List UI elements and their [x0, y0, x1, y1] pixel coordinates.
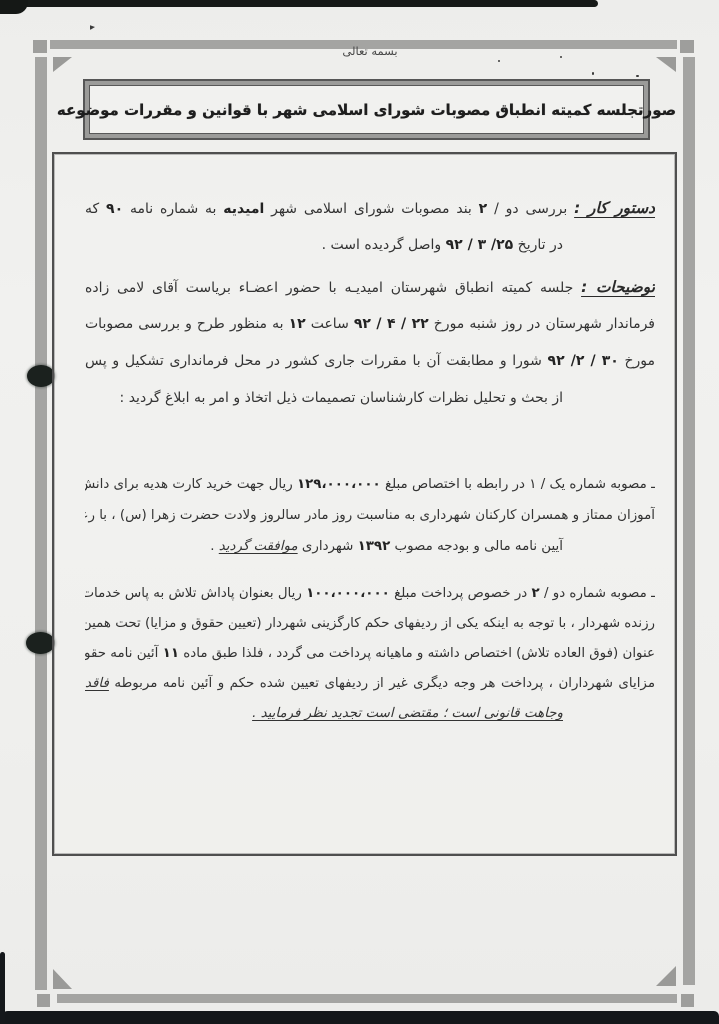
text-segment: آموزان ممتاز و همسران کارکنان شهرداری به…	[85, 508, 655, 523]
text-segment: فاقد	[85, 676, 109, 691]
text-segment: ۱۱	[163, 646, 179, 661]
ink-speck	[90, 24, 95, 30]
text-line: مورخ ۳۰ / ۲/ ۹۲ شورا و مطابقت آن با مقرر…	[85, 343, 655, 380]
text-segment: ۱۲	[289, 316, 306, 332]
text-segment: واصل گردیده است .	[322, 237, 446, 253]
scan-edge-top	[0, 0, 598, 7]
text-line: رزنده شهردار ، با توجه به اینکه یکی از ر…	[85, 609, 655, 639]
frame-corner-triangle-bottom-right	[656, 966, 676, 986]
resolution-1-paragraph: ـ مصوبه شماره یک / ۱ در رابطه با اختصاص …	[85, 469, 655, 562]
scan-edge-bottom-left	[0, 952, 5, 1024]
text-segment: رزنده شهردار ، با توجه به اینکه یکی از ر…	[85, 616, 655, 631]
text-segment: ساعت	[306, 316, 354, 332]
text-segment: ـ مصوبه شماره یک / ۱ در رابطه با اختصاص …	[381, 477, 655, 492]
text-line: ـ مصوبه شماره دو / ۲ در خصوص پرداخت مبلغ…	[85, 579, 655, 609]
title-box-inner: صورتجلسه کمیته انطباق مصوبات شورای اسلام…	[89, 85, 644, 134]
scan-edge-bottom	[0, 1011, 719, 1024]
text-segment: مورخ	[619, 353, 655, 369]
text-segment: فرماندار شهرستان در روز شنبه مورخ	[429, 316, 655, 332]
text-segment: عنوان (فوق العاده تلاش) اختصاص داشته و م…	[179, 646, 655, 661]
ink-speck	[560, 56, 562, 58]
frame-corner-square-top-right	[680, 40, 694, 53]
text-segment: وجاهت قانونی است ؛ مقتضی است تجدید نظر ف…	[252, 706, 563, 721]
text-segment: ـ مصوبه شماره دو /	[540, 586, 655, 601]
text-line: فرماندار شهرستان در روز شنبه مورخ ۲۲ / ۴…	[85, 306, 655, 343]
text-segment: ۳۰ / ۲/ ۹۲	[548, 353, 619, 369]
text-segment: بررسی دو /	[487, 201, 574, 217]
agenda-paragraph: دستور کار : بررسی دو / ۲ بند مصوبات شورا…	[85, 190, 655, 264]
text-line: مزایای شهرداران ، پرداخت هر وجه دیگری غی…	[85, 669, 655, 699]
text-segment: بند مصوبات شورای اسلامی شهر	[264, 201, 478, 217]
punch-hole-top	[27, 365, 55, 387]
text-segment: شهرداری	[298, 539, 358, 554]
text-segment: که	[85, 201, 106, 217]
text-segment: آئین نامه حقوق و	[85, 646, 163, 661]
text-line: آیین نامه مالی و بودجه مصوب ۱۳۹۲ شهرداری…	[85, 531, 655, 562]
text-segment: ۱۰۰،۰۰۰،۰۰۰	[306, 586, 390, 601]
resolution-2-paragraph: ـ مصوبه شماره دو / ۲ در خصوص پرداخت مبلغ…	[85, 579, 655, 729]
text-line: عنوان (فوق العاده تلاش) اختصاص داشته و م…	[85, 639, 655, 669]
frame-corner-square-bottom-left	[37, 994, 50, 1007]
bismillah-text: بسمه تعالی	[280, 44, 460, 58]
text-line: ـ مصوبه شماره یک / ۱ در رابطه با اختصاص …	[85, 469, 655, 500]
frame-corner-triangle-bottom-left	[53, 969, 72, 989]
document-title: صورتجلسه کمیته انطباق مصوبات شورای اسلام…	[57, 101, 676, 119]
text-segment: دستور کار :	[574, 199, 655, 217]
text-segment: موافقت گردید	[219, 539, 298, 554]
text-segment: شورا و مطابقت آن با مقررات جاری کشور در …	[85, 353, 548, 369]
text-segment: ۹۰	[106, 201, 123, 217]
ink-speck	[636, 75, 639, 77]
text-segment: ریال جهت خرید کارت هدیه برای دانش	[85, 477, 297, 492]
frame-corner-triangle-top-right	[656, 57, 676, 72]
scan-edge-top-left-corner	[0, 0, 28, 14]
text-line: دستور کار : بررسی دو / ۲ بند مصوبات شورا…	[85, 190, 655, 227]
title-box: صورتجلسه کمیته انطباق مصوبات شورای اسلام…	[83, 79, 650, 140]
text-line: در تاریخ ۲۵/ ۳ / ۹۲ واصل گردیده است .	[85, 227, 655, 264]
details-paragraph: توضیحات : جلسه کمیته انطباق شهرستان امید…	[85, 269, 655, 417]
text-segment: .	[210, 539, 219, 554]
ink-speck	[498, 60, 500, 62]
text-line: از بحث و تحلیل نظرات کارشناسان تصمیمات ذ…	[85, 380, 655, 417]
text-segment: به شماره نامه	[123, 201, 223, 217]
frame-right-bar	[683, 57, 695, 985]
text-segment: ۱۳۹۲	[358, 539, 391, 554]
text-segment: جلسه کمیته انطباق شهرستان امیدیـه با حضو…	[85, 280, 581, 296]
punch-hole-bottom	[26, 632, 55, 654]
scanned-document-page: بسمه تعالی صورتجلسه کمیته انطباق مصوبات …	[0, 0, 719, 1024]
text-segment: ۲۲ / ۴ / ۹۲	[354, 316, 429, 332]
frame-corner-square-top-left	[33, 40, 47, 53]
text-segment: آیین نامه مالی و بودجه مصوب	[390, 539, 563, 554]
text-segment: ۲	[532, 586, 540, 601]
frame-left-bar	[35, 57, 47, 990]
text-line: آموزان ممتاز و همسران کارکنان شهرداری به…	[85, 500, 655, 531]
text-line: وجاهت قانونی است ؛ مقتضی است تجدید نظر ف…	[85, 699, 655, 729]
frame-corner-square-bottom-right	[681, 994, 694, 1007]
text-segment: ۲۵/ ۳ / ۹۲	[446, 237, 514, 253]
text-segment: به منظور طرح و بررسی مصوبات	[85, 316, 289, 332]
text-segment: از بحث و تحلیل نظرات کارشناسان تصمیمات ذ…	[120, 390, 563, 406]
frame-bottom-bar	[57, 994, 677, 1003]
text-segment: ۲	[479, 201, 488, 217]
text-segment: در خصوص پرداخت مبلغ	[390, 586, 532, 601]
text-segment: امیدیه	[223, 201, 264, 217]
text-segment: در تاریخ	[513, 237, 563, 253]
text-line: توضیحات : جلسه کمیته انطباق شهرستان امید…	[85, 269, 655, 306]
frame-corner-triangle-top-left	[53, 57, 72, 72]
text-segment: ۱۲۹،۰۰۰،۰۰۰	[297, 477, 381, 492]
text-segment: مزایای شهرداران ، پرداخت هر وجه دیگری غی…	[109, 676, 655, 691]
ink-speck	[592, 72, 594, 75]
text-segment: توضیحات :	[581, 278, 655, 296]
text-segment: ریال بعنوان پاداش تلاش به پاس خدمات	[85, 586, 306, 601]
